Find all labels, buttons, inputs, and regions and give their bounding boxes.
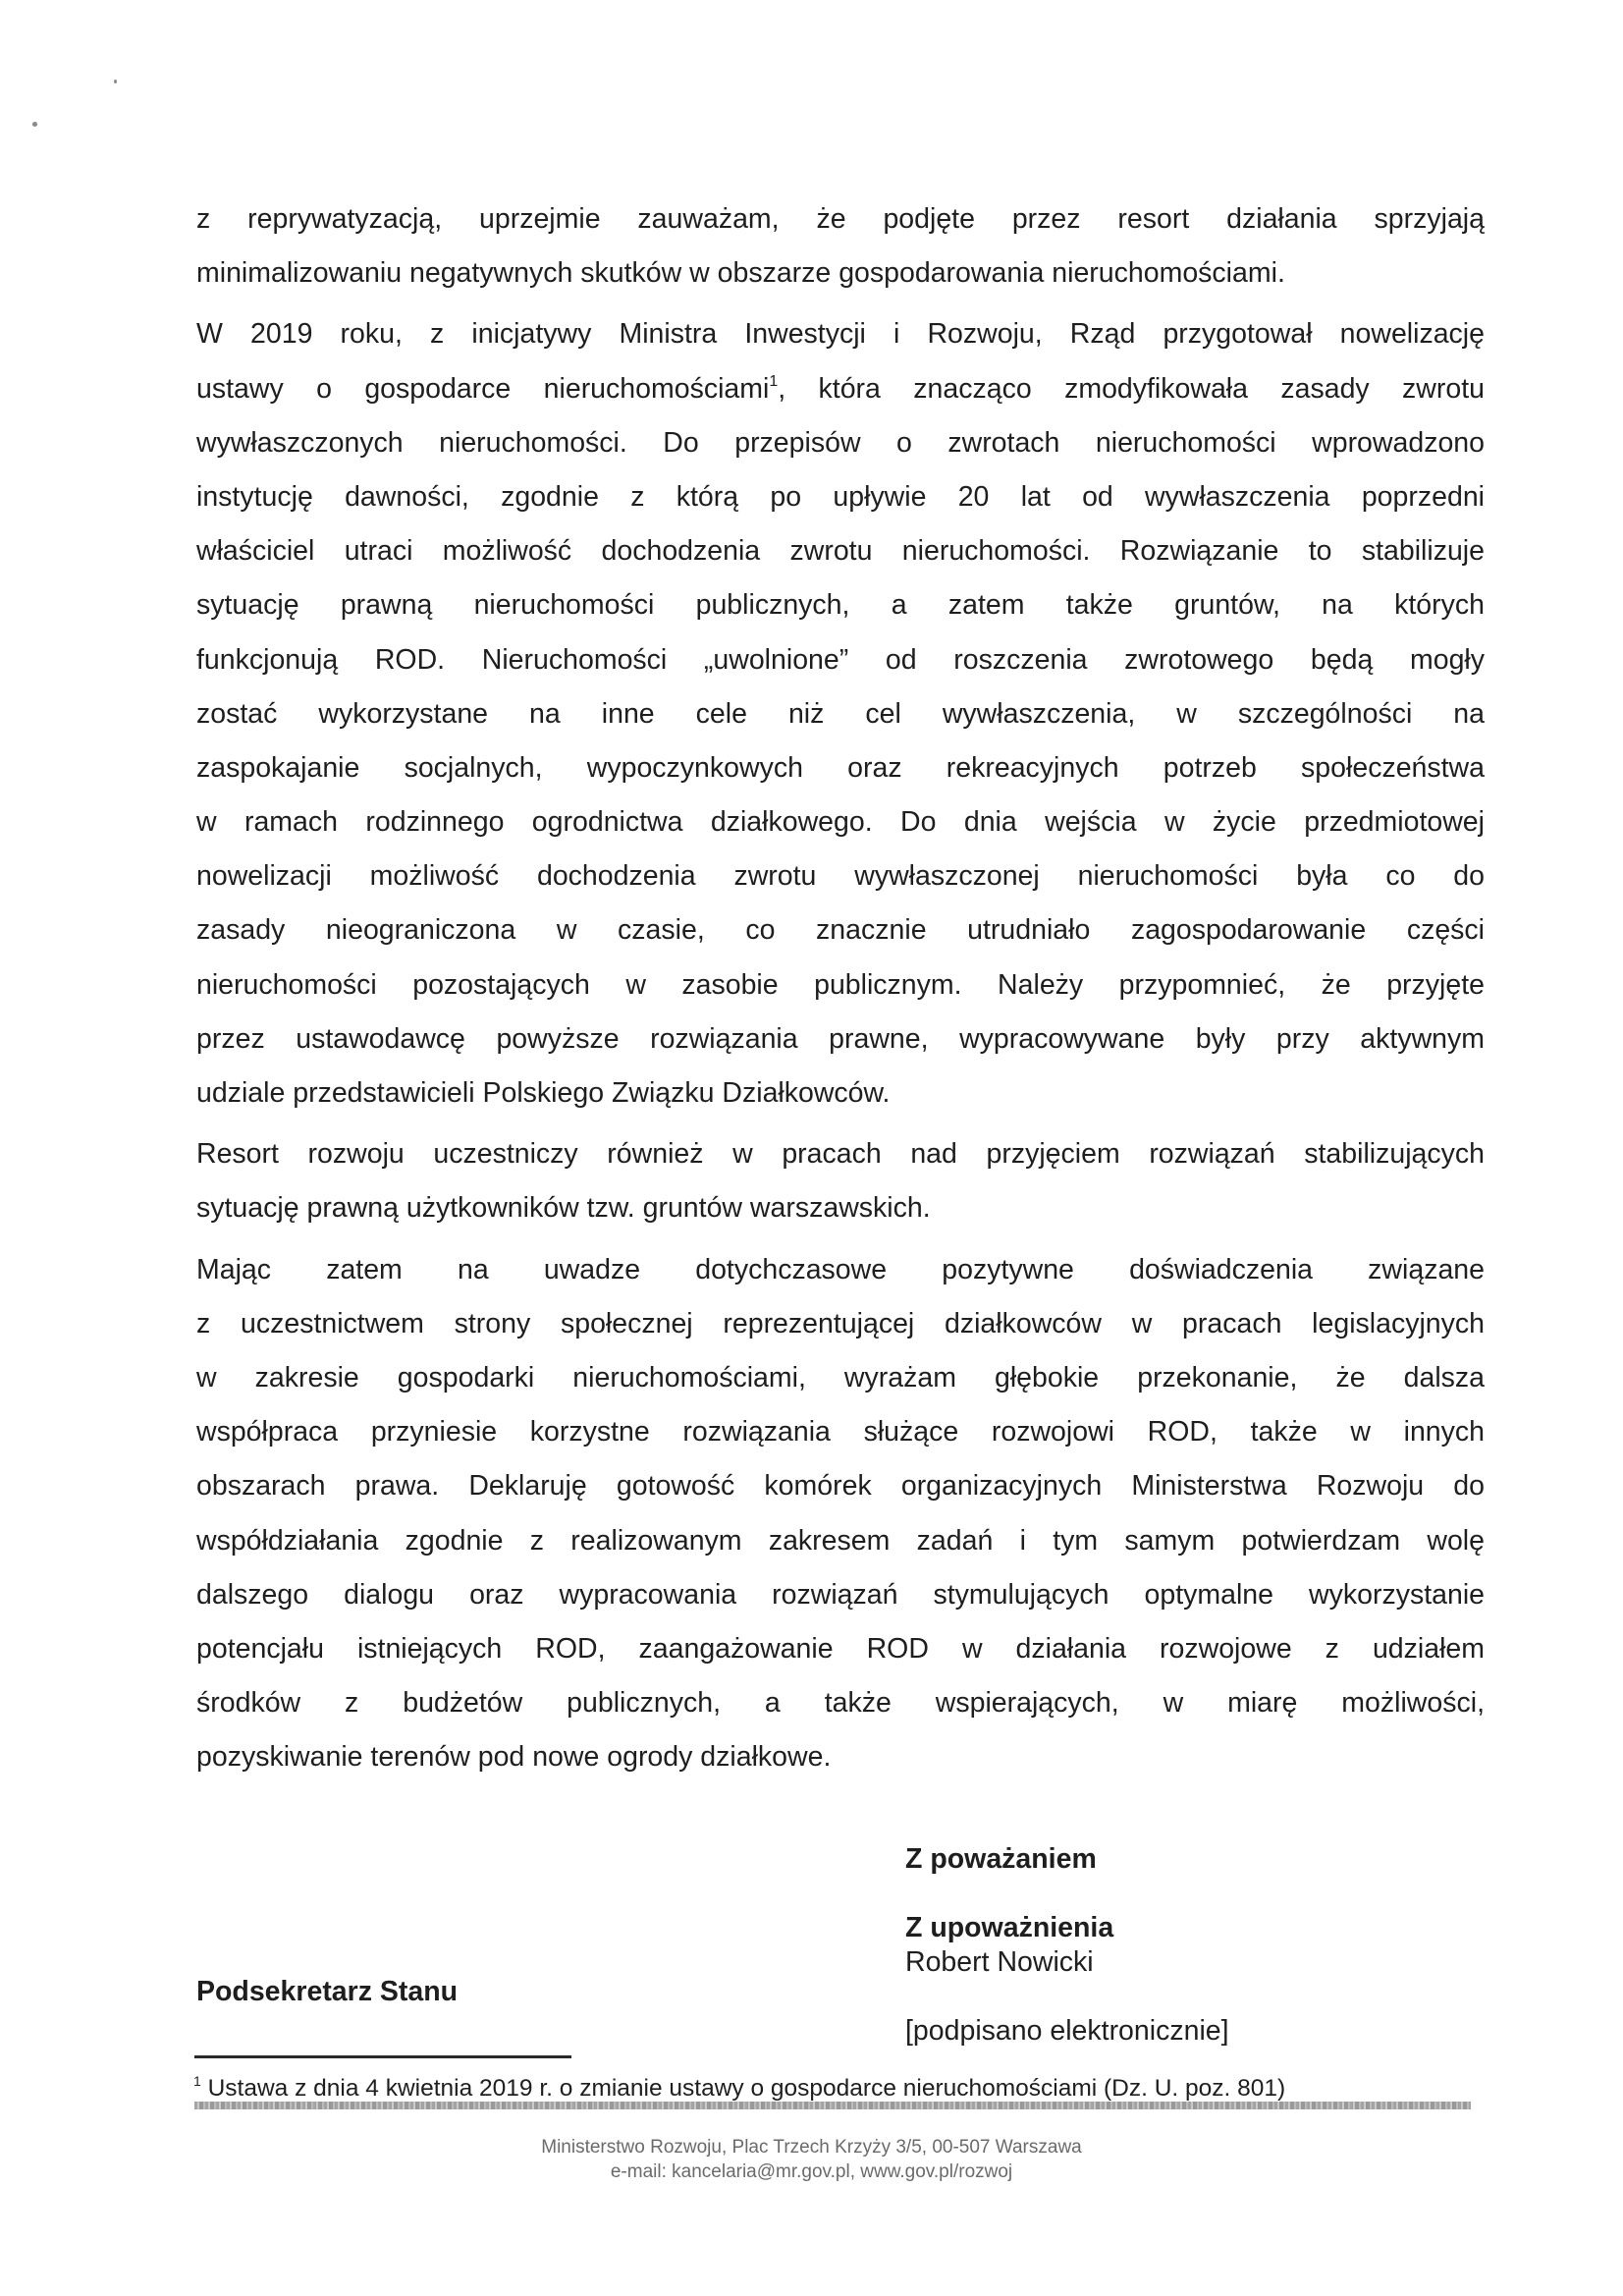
text-line: ustawy o gospodarce nieruchomościami1, k… bbox=[196, 362, 1485, 416]
footnote-separator bbox=[194, 2055, 571, 2058]
signer-title: Podsekretarz Stanu bbox=[196, 1976, 458, 2008]
text-line: udziale przedstawicieli Polskiego Związk… bbox=[196, 1066, 1485, 1121]
text-line: W 2019 roku, z inicjatywy Ministra Inwes… bbox=[196, 307, 1485, 361]
signer-name: Robert Nowicki bbox=[905, 1946, 1094, 1979]
text-line: potencjału istniejących ROD, zaangażowan… bbox=[196, 1622, 1485, 1676]
text-line: środków z budżetów publicznych, a także … bbox=[196, 1676, 1485, 1730]
paragraph-1: z reprywatyzacją, uprzejmie zauważam, że… bbox=[196, 192, 1485, 301]
text-line: instytucję dawności, zgodnie z którą po … bbox=[196, 470, 1485, 524]
paragraph-3: Resort rozwoju uczestniczy również w pra… bbox=[196, 1127, 1485, 1235]
text-line: Mając zatem na uwadze dotychczasowe pozy… bbox=[196, 1243, 1485, 1297]
text-line: dalszego dialogu oraz wypracowania rozwi… bbox=[196, 1568, 1485, 1622]
text-line: z reprywatyzacją, uprzejmie zauważam, że… bbox=[196, 192, 1485, 246]
text-fragment: ustawy o gospodarce nieruchomościami bbox=[196, 373, 769, 405]
scan-speck bbox=[114, 80, 117, 83]
text-line: minimalizowaniu negatywnych skutków w ob… bbox=[196, 246, 1485, 301]
text-line: funkcjonują ROD. Nieruchomości „uwolnion… bbox=[196, 633, 1485, 687]
text-line: Resort rozwoju uczestniczy również w pra… bbox=[196, 1127, 1485, 1181]
text-line: współdziałania zgodnie z realizowanym za… bbox=[196, 1514, 1485, 1568]
text-line: obszarach prawa. Deklaruję gotowość komó… bbox=[196, 1459, 1485, 1513]
text-line: z uczestnictwem strony społecznej reprez… bbox=[196, 1297, 1485, 1351]
footnote-reference: 1 bbox=[769, 373, 778, 390]
text-line: właściciel utraci możliwość dochodzenia … bbox=[196, 524, 1485, 578]
scan-speck bbox=[32, 122, 37, 127]
footnote-text: Ustawa z dnia 4 kwietnia 2019 r. o zmian… bbox=[201, 2075, 1285, 2102]
letter-page: z reprywatyzacją, uprzejmie zauważam, że… bbox=[0, 0, 1623, 2296]
text-line: w ramach rodzinnego ogrodnictwa działkow… bbox=[196, 795, 1485, 849]
electronic-signature-note: [podpisano elektronicznie] bbox=[905, 2015, 1229, 2048]
footnote-marker: 1 bbox=[193, 2073, 201, 2089]
paragraph-4: Mając zatem na uwadze dotychczasowe pozy… bbox=[196, 1243, 1485, 1785]
text-line: współpraca przyniesie korzystne rozwiąza… bbox=[196, 1405, 1485, 1459]
text-line: w zakresie gospodarki nieruchomościami, … bbox=[196, 1351, 1485, 1405]
text-line: zasady nieograniczona w czasie, co znacz… bbox=[196, 903, 1485, 957]
letter-body: z reprywatyzacją, uprzejmie zauważam, że… bbox=[196, 192, 1485, 1791]
text-line: nieruchomości pozostających w zasobie pu… bbox=[196, 958, 1485, 1012]
footnote: 1 Ustawa z dnia 4 kwietnia 2019 r. o zmi… bbox=[193, 2075, 1285, 2103]
closing-regards: Z poważaniem bbox=[905, 1843, 1097, 1876]
text-fragment: , która znacząco zmodyfikowała zasady zw… bbox=[778, 373, 1485, 405]
scan-artifact-band bbox=[194, 2102, 1471, 2109]
footer-address: Ministerstwo Rozwoju, Plac Trzech Krzyży… bbox=[0, 2137, 1623, 2159]
text-line: zaspokajanie socjalnych, wypoczynkowych … bbox=[196, 741, 1485, 795]
text-line: zostać wykorzystane na inne cele niż cel… bbox=[196, 687, 1485, 741]
text-line: przez ustawodawcę powyższe rozwiązania p… bbox=[196, 1012, 1485, 1066]
text-line: sytuację prawną użytkowników tzw. gruntó… bbox=[196, 1181, 1485, 1235]
text-line: sytuację prawną nieruchomości publicznyc… bbox=[196, 578, 1485, 632]
text-line: nowelizacji możliwość dochodzenia zwrotu… bbox=[196, 849, 1485, 903]
closing-authorization: Z upoważnienia bbox=[905, 1912, 1113, 1944]
paragraph-2: W 2019 roku, z inicjatywy Ministra Inwes… bbox=[196, 307, 1485, 1121]
footer-contact: e-mail: kancelaria@mr.gov.pl, www.gov.pl… bbox=[0, 2161, 1623, 2183]
text-line: wywłaszczonych nieruchomości. Do przepis… bbox=[196, 416, 1485, 470]
text-line: pozyskiwanie terenów pod nowe ogrody dzi… bbox=[196, 1730, 1485, 1784]
